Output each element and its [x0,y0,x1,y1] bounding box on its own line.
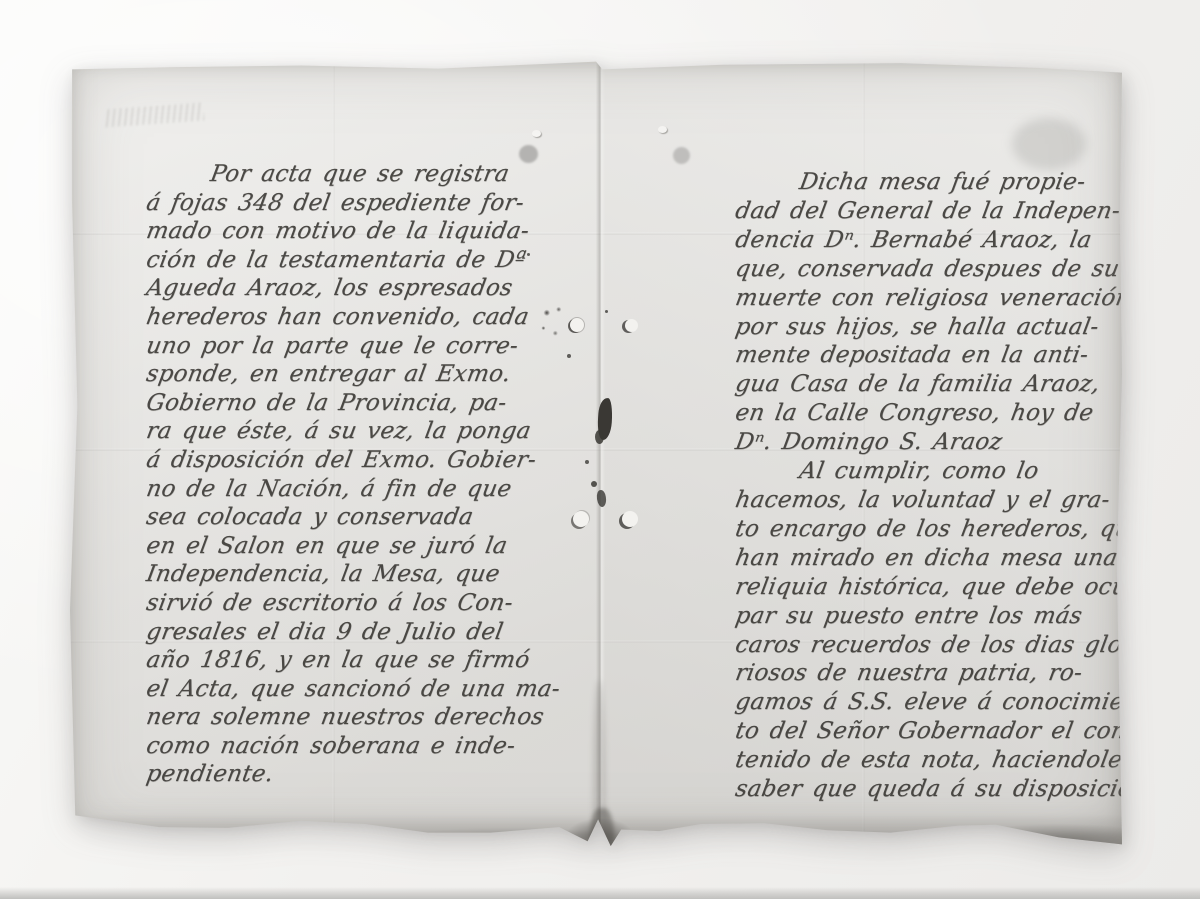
manuscript-line: Por acta que se registra [144,160,585,189]
manuscript-line: to del Señor Gobernador el con- [733,717,1164,746]
manuscript-line: Dicha mesa fué propie- [733,168,1164,197]
manuscript-line: el Acta, que sancionó de una ma- [144,675,585,704]
manuscript-line: á fojas 348 del espediente for- [144,189,585,218]
manuscript-line: Al cumplir, como lo [733,457,1164,486]
manuscript-line: á disposición del Exmo. Gobier- [144,446,585,475]
manuscript-line: uno por la parte que le corre- [144,332,585,361]
manuscript-line: saber que queda á su disposición, [733,775,1164,804]
manuscript-line: gua Casa de la familia Araoz, [733,370,1164,399]
manuscript-line: por sus hijos, se halla actual- [733,313,1164,342]
gray-smudge [1012,118,1086,170]
manuscript-line: dencia Dⁿ. Bernabé Araoz, la [733,226,1164,255]
manuscript-line: ra que éste, á su vez, la ponga [144,417,585,446]
manuscript-line: sponde, en entregar al Exmo. [144,360,585,389]
manuscript-line: herederos han convenido, cada [144,303,585,332]
manuscript-line: tenido de esta nota, haciendole [733,746,1164,775]
ink-speck [605,310,608,313]
manuscript-line: par su puesto entre los más [733,602,1164,631]
manuscript-line: como nación soberana e inde- [144,732,585,761]
manuscript-line: gamos á S.S. eleve á conocimien- [733,688,1164,717]
fold-smudge [593,680,605,880]
manuscript-line: pendiente. [144,760,585,789]
manuscript-line: que, conservada despues de su [733,255,1164,284]
right-page-text: Dicha mesa fué propie-dad del General de… [733,168,1159,804]
manuscript-line: mado con motivo de la liquida- [144,217,585,246]
seal-mark [673,147,690,164]
manuscript-line: Agueda Araoz, los espresados [144,274,585,303]
manuscript-line: hacemos, la voluntad y el gra- [733,486,1164,515]
ink-speck [585,460,589,464]
photo-background: Por acta que se registraá fojas 348 del … [0,0,1200,899]
manuscript-line: riosos de nuestra patria, ro- [733,659,1164,688]
manuscript-line: muerte con religiosa veneración [733,284,1164,313]
manuscript-line: gresales el dia 9 de Julio del [144,618,585,647]
manuscript-line: sirvió de escritorio á los Con- [144,589,585,618]
manuscript-line: to encargo de los herederos, que [733,515,1164,544]
table-edge-shadow [0,887,1200,899]
torn-spot [658,126,667,133]
manuscript-line: Dⁿ. Domingo S. Araoz [733,428,1164,457]
manuscript-line: ción de la testamentaria de Dª [144,246,585,275]
manuscript-line: no de la Nación, á fin de que [144,475,585,504]
paper-sheet: Por acta que se registraá fojas 348 del … [70,60,1122,846]
manuscript-line: han mirado en dicha mesa una [733,544,1164,573]
manuscript-line: mente depositada en la anti- [733,341,1164,370]
torn-spot [532,130,541,137]
manuscript-line: nera solemne nuestros derechos [144,703,585,732]
manuscript-line: reliquia histórica, que debe ocu- [733,573,1164,602]
ink-blot [595,430,604,444]
manuscript-line: dad del General de la Indepen- [733,197,1164,226]
manuscript-line: caros recuerdos de los dias glo- [733,631,1164,660]
manuscript-line: Independencia, la Mesa, que [144,560,585,589]
punch-hole [622,511,638,527]
ink-blot [591,481,597,487]
manuscript-line: sea colocada y conservada [144,503,585,532]
left-page-text: Por acta que se registraá fojas 348 del … [144,160,580,789]
fold-smudge [590,808,614,878]
manuscript-line: en la Calle Congreso, hoy de [733,399,1164,428]
manuscript-line: en el Salon en que se juró la [144,532,585,561]
manuscript-line: Gobierno de la Provincia, pa- [144,389,585,418]
manuscript-line: año 1816, y en la que se firmó [144,646,585,675]
punch-hole [625,319,638,332]
